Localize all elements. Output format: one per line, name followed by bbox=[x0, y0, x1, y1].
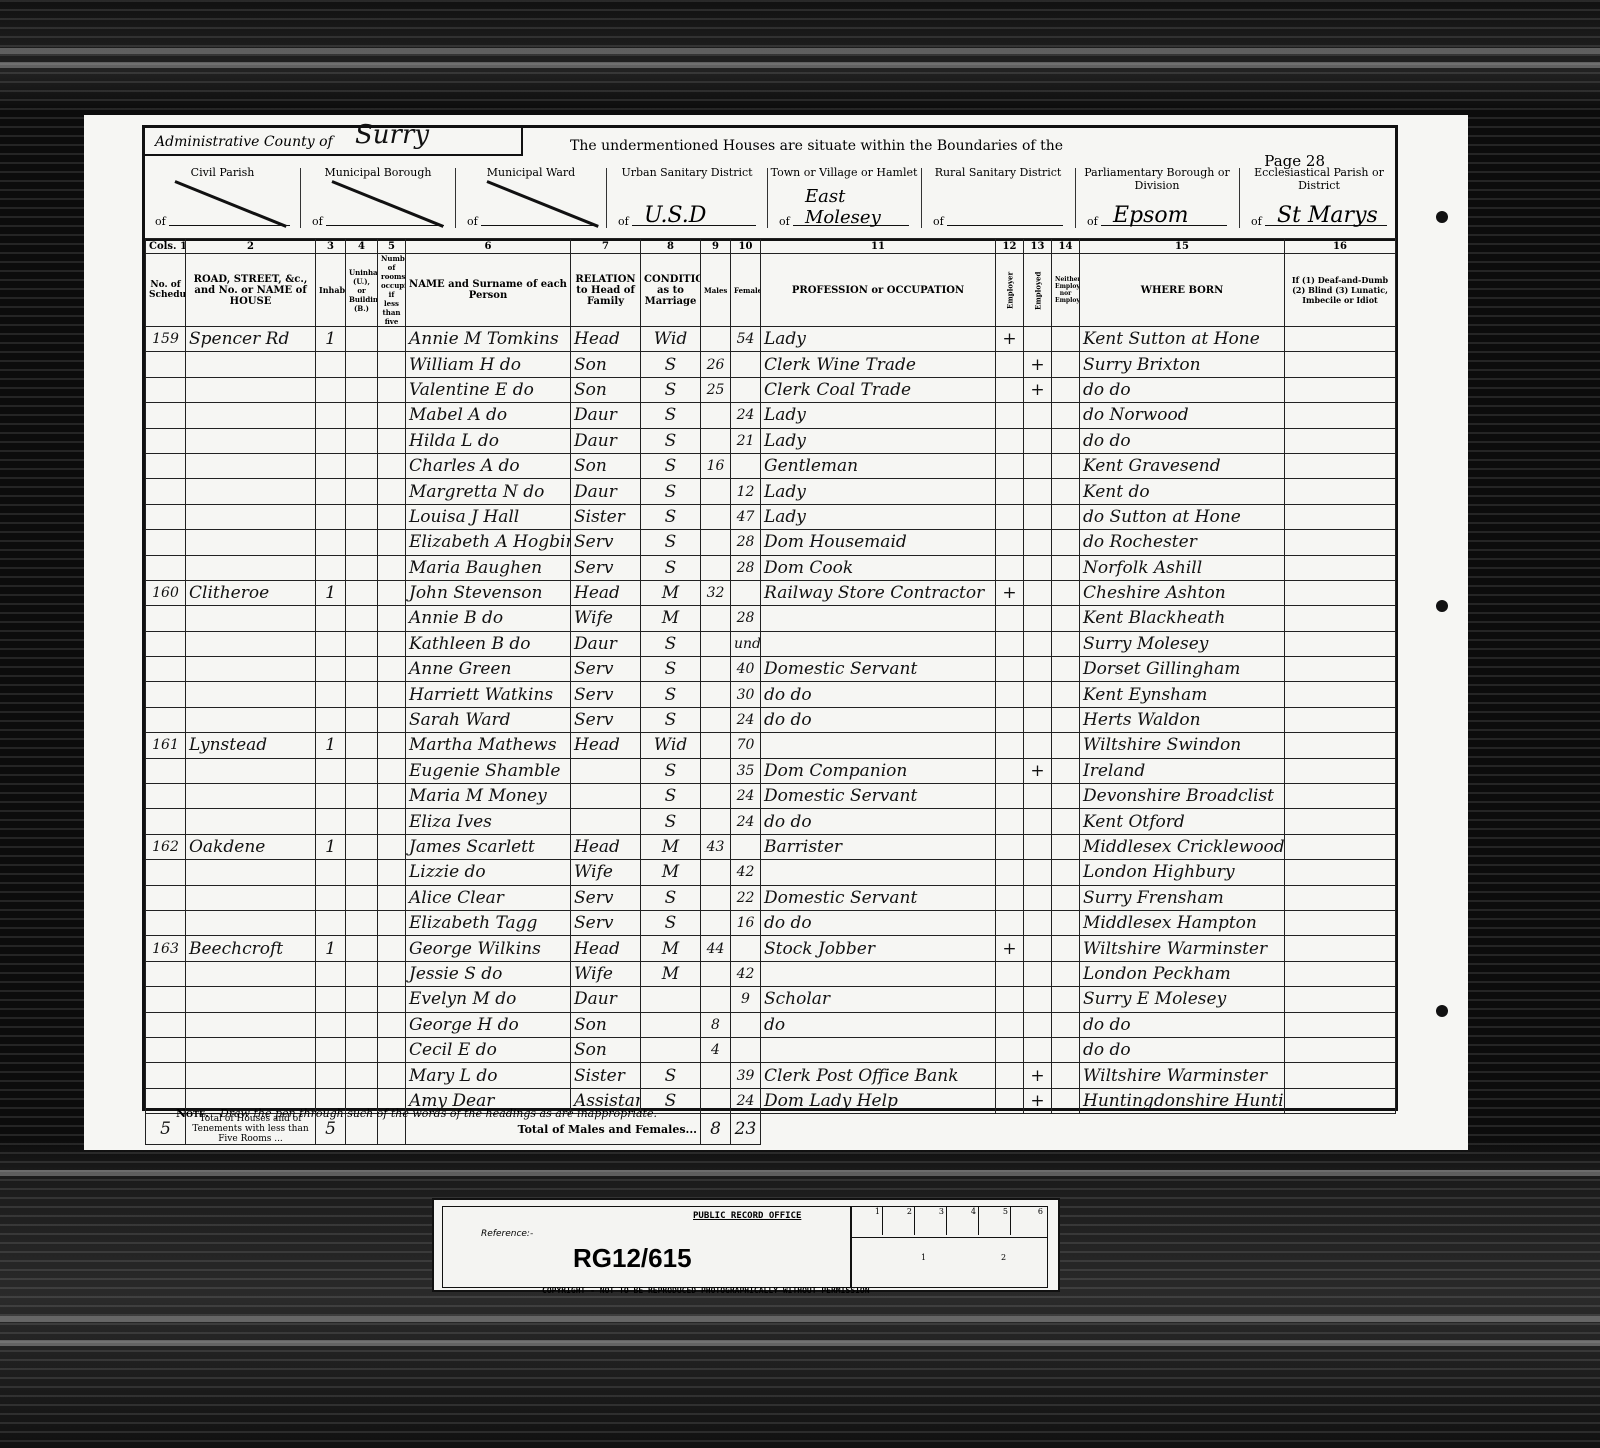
empty-cell bbox=[1285, 327, 1396, 352]
relation: Head bbox=[571, 936, 641, 961]
empty-cell bbox=[1285, 530, 1396, 555]
neither-mark bbox=[1052, 707, 1080, 732]
empty-cell bbox=[346, 936, 378, 961]
relation: Son bbox=[571, 1037, 641, 1062]
employer-mark bbox=[996, 885, 1024, 910]
employer-mark bbox=[996, 1088, 1024, 1113]
employed-mark bbox=[1024, 809, 1052, 834]
census-form: Administrative County of Surry The under… bbox=[142, 125, 1398, 1111]
inhabited: 1 bbox=[316, 733, 346, 758]
occupation: Lady bbox=[761, 504, 996, 529]
male-age bbox=[701, 428, 731, 453]
relation: Serv bbox=[571, 555, 641, 580]
person-name: Valentine E do bbox=[406, 377, 571, 402]
employed-mark bbox=[1024, 580, 1052, 605]
district-urban-sanitary: Urban Sanitary District of U.S.D bbox=[608, 158, 766, 236]
person-name: John Stevenson bbox=[406, 580, 571, 605]
rooms bbox=[378, 580, 406, 605]
reference-label: Reference:- bbox=[481, 1229, 533, 1239]
empty-cell bbox=[1285, 1063, 1396, 1088]
relation: Head bbox=[571, 733, 641, 758]
condition: S bbox=[641, 758, 701, 783]
where-born: Ireland bbox=[1080, 758, 1285, 783]
schedule-number bbox=[146, 352, 186, 377]
empty-cell bbox=[1285, 428, 1396, 453]
employer-mark bbox=[996, 809, 1024, 834]
female-age: 9 bbox=[731, 987, 761, 1012]
inhabited bbox=[316, 809, 346, 834]
neither-mark bbox=[1052, 530, 1080, 555]
neither-mark bbox=[1052, 1012, 1080, 1037]
employed-mark bbox=[1024, 453, 1052, 478]
district-municipal-borough: Municipal Borough of bbox=[302, 158, 454, 236]
empty-cell bbox=[1285, 453, 1396, 478]
female-age: 40 bbox=[731, 657, 761, 682]
empty-cell bbox=[1285, 910, 1396, 935]
schedule-number bbox=[146, 606, 186, 631]
road-name bbox=[186, 860, 316, 885]
rooms bbox=[378, 530, 406, 555]
employed-mark: + bbox=[1024, 1088, 1052, 1113]
employed-mark bbox=[1024, 606, 1052, 631]
schedule-number: 161 bbox=[146, 733, 186, 758]
punch-hole bbox=[1436, 1005, 1448, 1017]
road-name: Lynstead bbox=[186, 733, 316, 758]
empty-cell bbox=[1285, 860, 1396, 885]
admin-county-value: Surry bbox=[355, 120, 429, 150]
occupation: Domestic Servant bbox=[761, 784, 996, 809]
rooms bbox=[378, 910, 406, 935]
condition: Wid bbox=[641, 733, 701, 758]
female-age: 35 bbox=[731, 758, 761, 783]
relation: Serv bbox=[571, 707, 641, 732]
occupation: Clerk Wine Trade bbox=[761, 352, 996, 377]
empty-cell bbox=[346, 860, 378, 885]
rooms bbox=[378, 860, 406, 885]
empty-cell bbox=[346, 352, 378, 377]
female-age bbox=[731, 834, 761, 859]
neither-mark bbox=[1052, 327, 1080, 352]
female-age: 28 bbox=[731, 555, 761, 580]
district-civil-parish: Civil Parish of bbox=[145, 158, 300, 236]
empty-cell bbox=[1285, 961, 1396, 986]
male-age bbox=[701, 733, 731, 758]
male-age bbox=[701, 327, 731, 352]
neither-mark bbox=[1052, 377, 1080, 402]
admin-county: Administrative County of Surry bbox=[145, 128, 523, 156]
scale-inch-tick: 2 bbox=[1001, 1253, 1006, 1262]
road-name bbox=[186, 885, 316, 910]
empty-cell bbox=[346, 784, 378, 809]
employer-mark bbox=[996, 555, 1024, 580]
road-name bbox=[186, 555, 316, 580]
relation: Daur bbox=[571, 403, 641, 428]
punch-hole bbox=[1436, 600, 1448, 612]
neither-mark bbox=[1052, 352, 1080, 377]
neither-mark bbox=[1052, 1037, 1080, 1062]
schedule-number bbox=[146, 631, 186, 656]
table-row: Annie B doWifeM28Kent Blackheath bbox=[146, 606, 1396, 631]
male-age: 8 bbox=[701, 1012, 731, 1037]
rooms bbox=[378, 631, 406, 656]
relation: Son bbox=[571, 352, 641, 377]
neither-mark bbox=[1052, 936, 1080, 961]
male-age bbox=[701, 631, 731, 656]
schedule-number bbox=[146, 809, 186, 834]
col-number: 10 bbox=[731, 239, 761, 254]
inhabited bbox=[316, 1012, 346, 1037]
col-number: 8 bbox=[641, 239, 701, 254]
employer-mark bbox=[996, 657, 1024, 682]
inhabited bbox=[316, 987, 346, 1012]
employed-mark bbox=[1024, 885, 1052, 910]
inhabited bbox=[316, 555, 346, 580]
occupation bbox=[761, 631, 996, 656]
female-age bbox=[731, 936, 761, 961]
relation: Head bbox=[571, 834, 641, 859]
female-age: 24 bbox=[731, 809, 761, 834]
header-infirmity: If (1) Deaf-and-Dumb (2) Blind (3) Lunat… bbox=[1285, 254, 1396, 327]
person-name: Annie B do bbox=[406, 606, 571, 631]
district-label: Civil Parish bbox=[145, 166, 300, 179]
relation: Sister bbox=[571, 504, 641, 529]
employer-mark bbox=[996, 377, 1024, 402]
schedule-number: 163 bbox=[146, 936, 186, 961]
employer-mark bbox=[996, 1063, 1024, 1088]
where-born: Kent do bbox=[1080, 479, 1285, 504]
header-neither: Neither Employer nor Employed bbox=[1052, 254, 1080, 327]
person-name: Evelyn M do bbox=[406, 987, 571, 1012]
employed-mark bbox=[1024, 479, 1052, 504]
road-name bbox=[186, 987, 316, 1012]
rooms bbox=[378, 809, 406, 834]
female-age: 24 bbox=[731, 784, 761, 809]
table-row: Jessie S doWifeM42London Peckham bbox=[146, 961, 1396, 986]
header-condition: CONDITION as to Marriage bbox=[641, 254, 701, 327]
relation: Son bbox=[571, 377, 641, 402]
scale-tick: 2 bbox=[883, 1207, 915, 1235]
table-row: Eugenie ShambleS35Dom Companion+Ireland bbox=[146, 758, 1396, 783]
relation: Wife bbox=[571, 606, 641, 631]
employer-mark bbox=[996, 1012, 1024, 1037]
female-age: 39 bbox=[731, 1063, 761, 1088]
inhabited bbox=[316, 479, 346, 504]
relation: Serv bbox=[571, 910, 641, 935]
inhabited: 1 bbox=[316, 936, 346, 961]
employed-mark bbox=[1024, 530, 1052, 555]
employer-mark bbox=[996, 784, 1024, 809]
empty-cell bbox=[346, 834, 378, 859]
neither-mark bbox=[1052, 631, 1080, 656]
where-born: Devonshire Broadclist bbox=[1080, 784, 1285, 809]
table-row: William H doSonS26Clerk Wine Trade+Surry… bbox=[146, 352, 1396, 377]
neither-mark bbox=[1052, 733, 1080, 758]
employed-mark bbox=[1024, 327, 1052, 352]
inhabited bbox=[316, 657, 346, 682]
male-age: 26 bbox=[701, 352, 731, 377]
inhabited: 1 bbox=[316, 834, 346, 859]
empty-cell bbox=[1285, 758, 1396, 783]
schedule-number bbox=[146, 707, 186, 732]
inhabited bbox=[316, 403, 346, 428]
female-age: 24 bbox=[731, 403, 761, 428]
col-number: 3 bbox=[316, 239, 346, 254]
table-row: Eliza IvesS24do doKent Otford bbox=[146, 809, 1396, 834]
relation: Serv bbox=[571, 657, 641, 682]
employed-mark bbox=[1024, 682, 1052, 707]
road-name bbox=[186, 377, 316, 402]
female-age: 47 bbox=[731, 504, 761, 529]
employer-mark bbox=[996, 834, 1024, 859]
condition: M bbox=[641, 834, 701, 859]
table-row: 163Beechcroft1George WilkinsHeadM44Stock… bbox=[146, 936, 1396, 961]
schedule-number bbox=[146, 1012, 186, 1037]
female-age bbox=[731, 1037, 761, 1062]
employed-mark bbox=[1024, 733, 1052, 758]
female-age: 30 bbox=[731, 682, 761, 707]
person-name: Eugenie Shamble bbox=[406, 758, 571, 783]
neither-mark bbox=[1052, 834, 1080, 859]
male-age bbox=[701, 784, 731, 809]
condition: Wid bbox=[641, 327, 701, 352]
relation: Son bbox=[571, 1012, 641, 1037]
empty-cell bbox=[346, 403, 378, 428]
road-name bbox=[186, 403, 316, 428]
employed-mark bbox=[1024, 403, 1052, 428]
total-females: 23 bbox=[731, 1114, 761, 1145]
road-name bbox=[186, 682, 316, 707]
employed-mark bbox=[1024, 555, 1052, 580]
header-males: Males bbox=[701, 254, 731, 327]
employer-mark bbox=[996, 403, 1024, 428]
where-born: Middlesex Hampton bbox=[1080, 910, 1285, 935]
condition: S bbox=[641, 910, 701, 935]
occupation: Lady bbox=[761, 327, 996, 352]
occupation: Domestic Servant bbox=[761, 885, 996, 910]
road-name: Beechcroft bbox=[186, 936, 316, 961]
empty-cell bbox=[1285, 809, 1396, 834]
road-name bbox=[186, 809, 316, 834]
empty-cell bbox=[1285, 555, 1396, 580]
rooms bbox=[378, 555, 406, 580]
condition: S bbox=[641, 428, 701, 453]
district-label: Ecclesiastical Parish or District bbox=[1241, 166, 1397, 192]
inhabited bbox=[316, 631, 346, 656]
employer-mark: + bbox=[996, 936, 1024, 961]
person-name: Mary L do bbox=[406, 1063, 571, 1088]
employer-mark bbox=[996, 530, 1024, 555]
table-row: Sarah WardServS24do doHerts Waldon bbox=[146, 707, 1396, 732]
male-age bbox=[701, 707, 731, 732]
schedule-number bbox=[146, 885, 186, 910]
female-age: 28 bbox=[731, 606, 761, 631]
occupation: Railway Store Contractor bbox=[761, 580, 996, 605]
road-name: Oakdene bbox=[186, 834, 316, 859]
person-name: Maria M Money bbox=[406, 784, 571, 809]
empty-cell bbox=[346, 682, 378, 707]
where-born: Surry E Molesey bbox=[1080, 987, 1285, 1012]
occupation bbox=[761, 733, 996, 758]
table-row: Maria M MoneyS24Domestic ServantDevonshi… bbox=[146, 784, 1396, 809]
road-name bbox=[186, 784, 316, 809]
neither-mark bbox=[1052, 580, 1080, 605]
employer-mark bbox=[996, 428, 1024, 453]
male-age bbox=[701, 479, 731, 504]
where-born: Wiltshire Warminster bbox=[1080, 936, 1285, 961]
person-name: Eliza Ives bbox=[406, 809, 571, 834]
empty-cell bbox=[346, 809, 378, 834]
schedule-number bbox=[146, 453, 186, 478]
neither-mark bbox=[1052, 428, 1080, 453]
employed-mark: + bbox=[1024, 377, 1052, 402]
employed-mark: + bbox=[1024, 1063, 1052, 1088]
note-prefix: Note. bbox=[176, 1107, 209, 1120]
occupation: Lady bbox=[761, 479, 996, 504]
where-born: Wiltshire Warminster bbox=[1080, 1063, 1285, 1088]
female-age: 16 bbox=[731, 910, 761, 935]
schedule-number bbox=[146, 682, 186, 707]
condition: M bbox=[641, 860, 701, 885]
employed-mark bbox=[1024, 504, 1052, 529]
inhabited bbox=[316, 961, 346, 986]
relation: Serv bbox=[571, 682, 641, 707]
empty-cell bbox=[1285, 631, 1396, 656]
employed-mark bbox=[1024, 860, 1052, 885]
rooms bbox=[378, 936, 406, 961]
occupation: Dom Cook bbox=[761, 555, 996, 580]
schedule-number bbox=[146, 530, 186, 555]
relation: Daur bbox=[571, 428, 641, 453]
of-label: of bbox=[467, 215, 478, 228]
col-number: 11 bbox=[761, 239, 996, 254]
employed-mark bbox=[1024, 631, 1052, 656]
male-age bbox=[701, 504, 731, 529]
header-relation: RELATION to Head of Family bbox=[571, 254, 641, 327]
empty-cell bbox=[346, 555, 378, 580]
male-age bbox=[701, 885, 731, 910]
where-born: do do bbox=[1080, 1012, 1285, 1037]
female-age bbox=[731, 1012, 761, 1037]
empty-cell bbox=[346, 479, 378, 504]
table-row: 159Spencer Rd1Annie M TomkinsHeadWid54La… bbox=[146, 327, 1396, 352]
road-name bbox=[186, 530, 316, 555]
schedule-number bbox=[146, 428, 186, 453]
table-row: Valentine E doSonS25Clerk Coal Trade+do … bbox=[146, 377, 1396, 402]
female-age bbox=[731, 580, 761, 605]
female-age bbox=[731, 453, 761, 478]
census-sheet: Administrative County of Surry The under… bbox=[84, 115, 1468, 1150]
occupation: do do bbox=[761, 707, 996, 732]
condition bbox=[641, 987, 701, 1012]
occupation: Lady bbox=[761, 403, 996, 428]
condition: S bbox=[641, 682, 701, 707]
inhabited bbox=[316, 860, 346, 885]
neither-mark bbox=[1052, 606, 1080, 631]
male-age bbox=[701, 530, 731, 555]
employer-mark bbox=[996, 682, 1024, 707]
male-age: 32 bbox=[701, 580, 731, 605]
scale-inch-tick: 1 bbox=[921, 1253, 926, 1262]
condition: M bbox=[641, 580, 701, 605]
male-age bbox=[701, 961, 731, 986]
condition: S bbox=[641, 885, 701, 910]
male-age bbox=[701, 403, 731, 428]
person-name: Elizabeth A Hogbin bbox=[406, 530, 571, 555]
empty-cell bbox=[346, 910, 378, 935]
col-number: 2 bbox=[186, 239, 316, 254]
employer-mark bbox=[996, 961, 1024, 986]
relation: Daur bbox=[571, 631, 641, 656]
punch-hole bbox=[1436, 211, 1448, 223]
empty-cell bbox=[1285, 352, 1396, 377]
scale-tick: 3 bbox=[915, 1207, 947, 1235]
female-age: 42 bbox=[731, 860, 761, 885]
header-uninhabited: Uninhabited (U.), or Building (B.) bbox=[346, 254, 378, 327]
inhabited bbox=[316, 428, 346, 453]
schedule-number bbox=[146, 555, 186, 580]
condition: S bbox=[641, 784, 701, 809]
occupation bbox=[761, 860, 996, 885]
col-number: 15 bbox=[1080, 239, 1285, 254]
copyright-notice: COPYRIGHT - NOT TO BE REPRODUCED PHOTOGR… bbox=[542, 1286, 870, 1295]
strike-mark bbox=[486, 180, 598, 228]
schedule-number bbox=[146, 1063, 186, 1088]
person-name: Jessie S do bbox=[406, 961, 571, 986]
neither-mark bbox=[1052, 784, 1080, 809]
table-row: Hilda L doDaurS21Ladydo do bbox=[146, 428, 1396, 453]
person-name: James Scarlett bbox=[406, 834, 571, 859]
of-label: of bbox=[312, 215, 323, 228]
relation: Wife bbox=[571, 961, 641, 986]
schedule-number bbox=[146, 961, 186, 986]
rooms bbox=[378, 606, 406, 631]
district-town: Town or Village or Hamlet of East Molese… bbox=[769, 158, 919, 236]
person-name: Sarah Ward bbox=[406, 707, 571, 732]
rooms bbox=[378, 377, 406, 402]
where-born: Kent Eynsham bbox=[1080, 682, 1285, 707]
empty-cell bbox=[346, 606, 378, 631]
rooms bbox=[378, 758, 406, 783]
rooms bbox=[378, 428, 406, 453]
occupation: Gentleman bbox=[761, 453, 996, 478]
inhabited bbox=[316, 530, 346, 555]
empty-cell bbox=[1285, 377, 1396, 402]
road-name bbox=[186, 352, 316, 377]
header-employed: Employed bbox=[1024, 254, 1052, 327]
female-age: 24 bbox=[731, 707, 761, 732]
rooms bbox=[378, 1012, 406, 1037]
where-born: do do bbox=[1080, 377, 1285, 402]
road-name bbox=[186, 657, 316, 682]
relation: Son bbox=[571, 453, 641, 478]
scale-tick: 1 bbox=[851, 1207, 883, 1235]
note-text: —Draw the pen through such of the words … bbox=[209, 1107, 657, 1120]
empty-cell bbox=[1285, 580, 1396, 605]
employed-mark bbox=[1024, 936, 1052, 961]
measurement-scale: 1 2 3 4 5 6 1 2 bbox=[850, 1206, 1048, 1288]
admin-county-label: Administrative County of bbox=[155, 134, 333, 150]
district-value: U.S.D bbox=[644, 203, 706, 228]
empty-cell bbox=[1285, 504, 1396, 529]
road-name: Clitheroe bbox=[186, 580, 316, 605]
male-age bbox=[701, 682, 731, 707]
relation: Serv bbox=[571, 530, 641, 555]
col-number: 4 bbox=[346, 239, 378, 254]
col-number: 16 bbox=[1285, 239, 1396, 254]
col-number: 14 bbox=[1052, 239, 1080, 254]
inhabited bbox=[316, 707, 346, 732]
male-age bbox=[701, 987, 731, 1012]
